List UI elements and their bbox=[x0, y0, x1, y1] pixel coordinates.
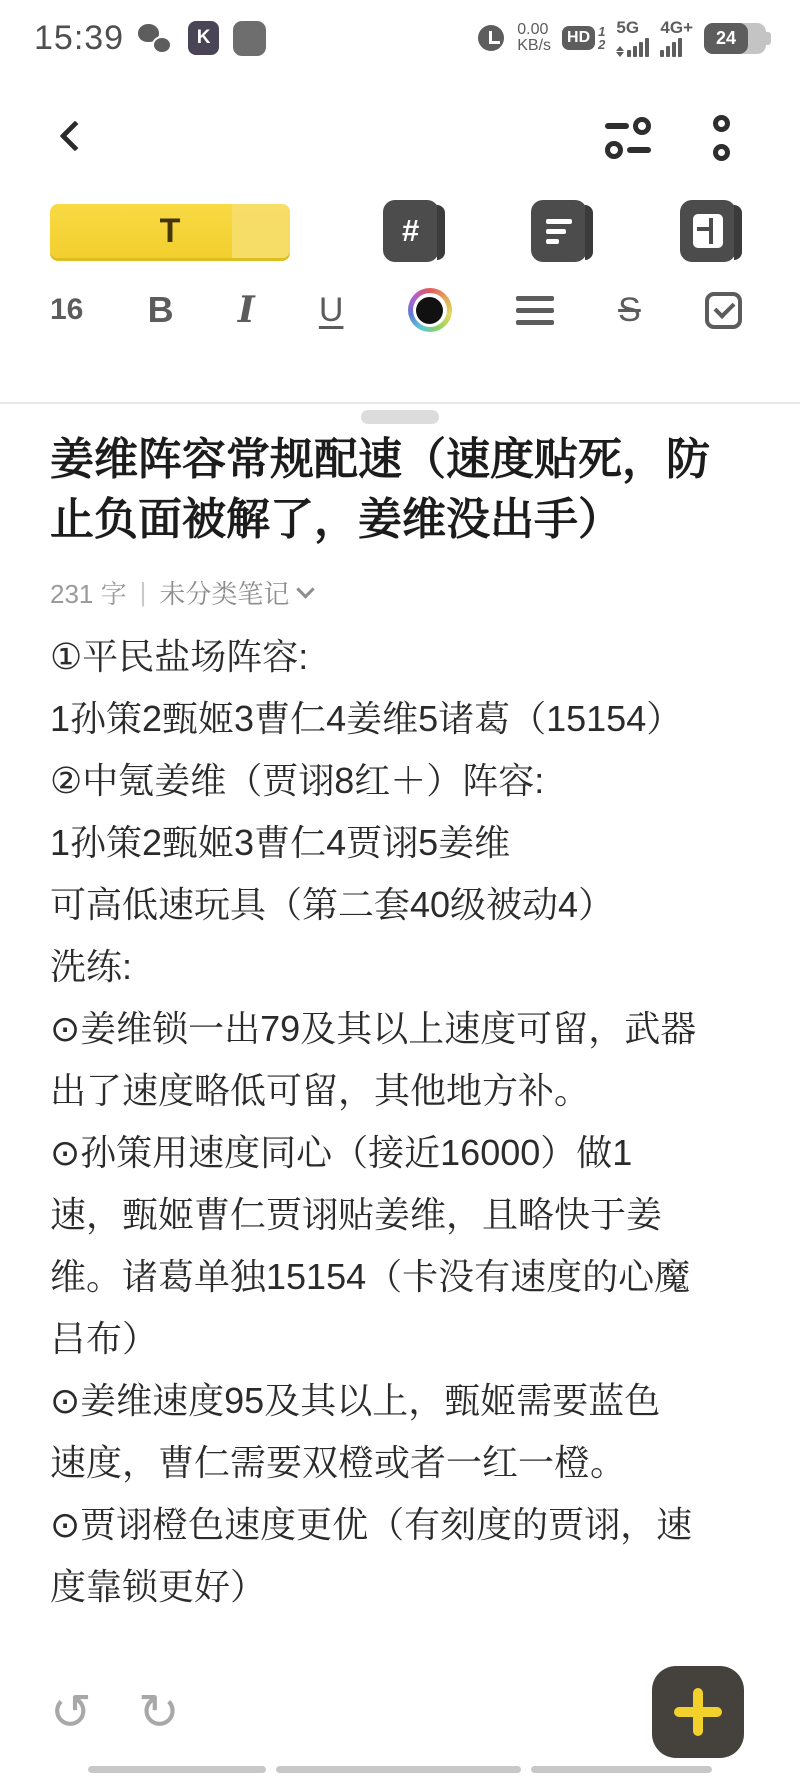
sim2-label: 2 bbox=[598, 38, 605, 51]
undo-button[interactable]: ↺ bbox=[50, 1687, 92, 1737]
hd-icon: HD bbox=[562, 26, 595, 50]
toolbar-divider bbox=[0, 402, 800, 404]
note-line[interactable]: 速度，曹仁需要双橙或者一红一橙。 bbox=[50, 1432, 762, 1494]
status-bar-left: 15:39 K bbox=[34, 19, 266, 58]
note-line[interactable]: 出了速度略低可留，其他地方补。 bbox=[50, 1060, 762, 1122]
drag-handle[interactable] bbox=[361, 410, 439, 424]
meta-separator: | bbox=[140, 577, 147, 608]
sliders-icon bbox=[633, 117, 651, 135]
note-line[interactable]: 度靠锁更好） bbox=[50, 1556, 762, 1618]
volte-hd-indicator: HD 1 2 bbox=[562, 25, 605, 51]
hashtag-icon: # bbox=[402, 213, 419, 249]
note-line[interactable]: ⊙姜维速度95及其以上，甄姬需要蓝色 bbox=[50, 1370, 762, 1432]
note-line[interactable]: 吕布） bbox=[50, 1308, 762, 1370]
notes-app-screen: 15:39 K 0.00 KB/s HD 1 2 5G bbox=[0, 0, 800, 1778]
note-line[interactable]: 维。诸葛单独15154（卡没有速度的心魔 bbox=[50, 1246, 762, 1308]
list-icon bbox=[546, 219, 572, 244]
note-line[interactable]: 可高低速玩具（第二套40级被动4） bbox=[50, 874, 762, 936]
three-lines-icon bbox=[516, 296, 554, 325]
format-toolbar: 16 B I U S bbox=[50, 282, 742, 338]
italic-button[interactable]: I bbox=[238, 289, 255, 331]
network-speed-value: 0.00 bbox=[517, 22, 548, 38]
undo-icon: ↺ bbox=[50, 1683, 92, 1741]
back-button[interactable] bbox=[58, 120, 94, 156]
signal-bars-icon bbox=[627, 38, 649, 57]
underline-button[interactable]: U bbox=[319, 291, 344, 330]
wechat-icon bbox=[138, 22, 174, 54]
text-color-button[interactable] bbox=[408, 288, 452, 332]
category-label: 未分类笔记 bbox=[159, 574, 289, 611]
battery-percent: 24 bbox=[704, 23, 748, 54]
note-line[interactable]: ②中氪姜维（贾诩8红＋）阵容: bbox=[50, 750, 762, 812]
signal-5g: 5G bbox=[616, 19, 649, 57]
hint-bar-center[interactable] bbox=[276, 1766, 521, 1773]
note-line[interactable]: 1孙策2甄姬3曹仁4贾诩5姜维 bbox=[50, 812, 762, 874]
app-notification-icon bbox=[233, 21, 266, 56]
updown-arrows-icon bbox=[616, 46, 624, 57]
note-line[interactable]: ⊙孙策用速度同心（接近16000）做1 bbox=[50, 1122, 762, 1184]
plus-icon bbox=[674, 1688, 722, 1736]
hint-bar-left[interactable] bbox=[88, 1766, 266, 1773]
note-line[interactable]: 洗练: bbox=[50, 936, 762, 998]
network-speed: 0.00 KB/s bbox=[517, 22, 551, 54]
adjust-settings-button[interactable] bbox=[605, 115, 653, 161]
chevron-left-icon bbox=[59, 120, 90, 151]
toolbar-tabs: T # bbox=[50, 198, 736, 264]
add-button[interactable] bbox=[652, 1666, 744, 1758]
list-tab[interactable] bbox=[531, 200, 587, 262]
word-count: 231 字 bbox=[50, 574, 127, 611]
checkbox-icon bbox=[705, 292, 742, 329]
note-line[interactable]: ①平民盐场阵容: bbox=[50, 626, 762, 688]
note-line[interactable]: ⊙贾诩橙色速度更优（有刻度的贾诩，速 bbox=[50, 1494, 762, 1556]
redo-button[interactable]: ↻ bbox=[138, 1687, 180, 1737]
bold-button[interactable]: B bbox=[148, 289, 174, 331]
hashtag-tab[interactable]: # bbox=[383, 200, 439, 262]
note-meta: 231 字 | 未分类笔记 bbox=[50, 574, 312, 611]
font-size-button[interactable]: 16 bbox=[50, 293, 83, 327]
strikethrough-button[interactable]: S bbox=[618, 291, 641, 330]
sim-slots: 1 2 bbox=[598, 25, 605, 51]
keyboard-hint-bars[interactable] bbox=[88, 1766, 712, 1773]
bottom-toolbar: ↺ ↻ bbox=[50, 1664, 744, 1760]
note-title[interactable]: 姜维阵容常规配速（速度贴死，防止负面被解了，姜维没出手） bbox=[50, 430, 750, 550]
note-body[interactable]: ①平民盐场阵容: 1孙策2甄姬3曹仁4姜维5诸葛（15154） ②中氪姜维（贾诩… bbox=[50, 626, 762, 1618]
layout-icon bbox=[693, 214, 723, 248]
signal-4g: 4G+ bbox=[660, 19, 693, 57]
note-line[interactable]: 1孙策2甄姬3曹仁4姜维5诸葛（15154） bbox=[50, 688, 762, 750]
two-dots-icon bbox=[713, 115, 730, 132]
template-tab[interactable] bbox=[680, 200, 736, 262]
battery-nub bbox=[766, 32, 771, 45]
note-line[interactable]: 速，甄姬曹仁贾诩贴姜维，且略快于姜 bbox=[50, 1184, 762, 1246]
note-line[interactable]: ⊙姜维锁一出79及其以上速度可留，武器 bbox=[50, 998, 762, 1060]
signal-bars-icon bbox=[660, 38, 682, 57]
hint-bar-right[interactable] bbox=[531, 1766, 712, 1773]
battery-indicator: 24 bbox=[704, 23, 766, 54]
status-bar: 15:39 K 0.00 KB/s HD 1 2 5G bbox=[0, 0, 800, 76]
network-speed-unit: KB/s bbox=[517, 38, 551, 54]
k-app-icon: K bbox=[188, 21, 219, 55]
line-spacing-button[interactable] bbox=[516, 296, 554, 325]
more-options-button[interactable] bbox=[713, 115, 730, 161]
chevron-down-icon bbox=[297, 580, 315, 598]
text-format-tab[interactable]: T bbox=[50, 204, 290, 258]
category-selector[interactable]: 未分类笔记 bbox=[159, 574, 312, 611]
text-tab-label: T bbox=[160, 212, 181, 251]
redo-icon: ↻ bbox=[138, 1683, 180, 1741]
checklist-button[interactable] bbox=[705, 292, 742, 329]
status-bar-right: 0.00 KB/s HD 1 2 5G 4G+ bbox=[476, 19, 766, 57]
nav-bar bbox=[0, 96, 800, 180]
clock-time: 15:39 bbox=[34, 19, 124, 58]
color-picker-icon bbox=[408, 288, 452, 332]
alarm-icon bbox=[476, 23, 506, 53]
